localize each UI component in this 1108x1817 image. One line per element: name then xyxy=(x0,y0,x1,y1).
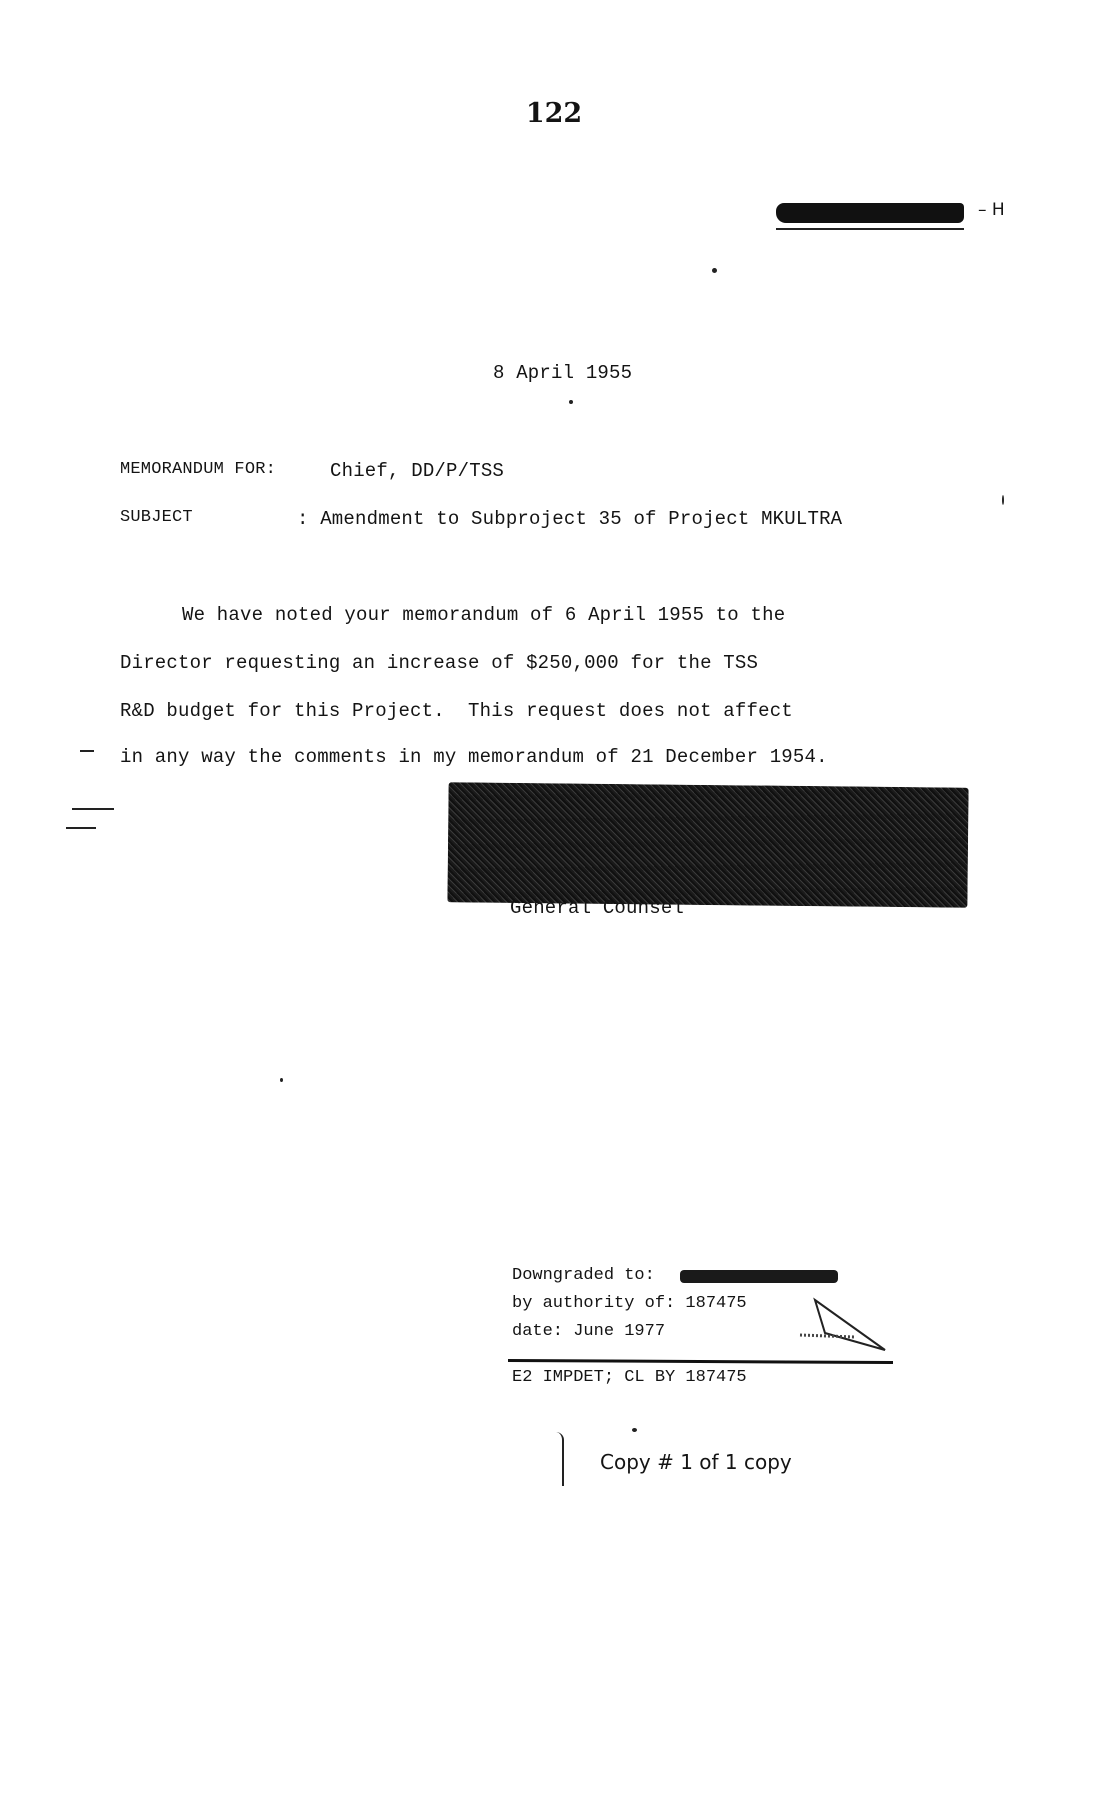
initials-mark-icon xyxy=(795,1295,895,1355)
margin-mark xyxy=(66,827,96,829)
scan-speck xyxy=(1002,495,1004,505)
redaction-classification xyxy=(776,203,964,223)
copy-bracket xyxy=(556,1432,564,1486)
classification-suffix: – H xyxy=(978,200,1005,220)
margin-mark xyxy=(72,808,114,810)
stamp-footer: E2 IMPDET; CL BY 187475 xyxy=(512,1368,747,1387)
memo-date: 8 April 1955 xyxy=(493,362,632,384)
subject-label: SUBJECT xyxy=(120,508,193,527)
body-line: We have noted your memorandum of 6 April… xyxy=(182,604,785,626)
subject-value: : Amendment to Subproject 35 of Project … xyxy=(297,508,842,530)
page-number: 122 xyxy=(0,98,1108,129)
stamp-downgraded: Downgraded to: xyxy=(512,1266,655,1285)
body-line: in any way the comments in my memorandum… xyxy=(120,746,828,768)
body-line: R&D budget for this Project. This reques… xyxy=(120,700,793,722)
scan-speck xyxy=(280,1078,283,1082)
copy-notice: Copy # 1 of 1 copy xyxy=(600,1450,792,1474)
stamp-date: date: June 1977 xyxy=(512,1322,665,1341)
scan-speck xyxy=(712,268,717,273)
redaction-signature xyxy=(447,782,968,907)
margin-mark xyxy=(80,750,94,752)
signature-title: General Counsel xyxy=(510,897,684,919)
memo-for-label: MEMORANDUM FOR: xyxy=(120,460,276,479)
redaction-stamp-level xyxy=(680,1270,838,1283)
stamp-divider xyxy=(508,1359,893,1364)
memo-for-value: Chief, DD/P/TSS xyxy=(330,460,504,482)
redaction-underline xyxy=(776,228,964,230)
scan-speck xyxy=(569,400,573,404)
scan-speck xyxy=(632,1428,637,1432)
stamp-authority: by authority of: 187475 xyxy=(512,1294,747,1313)
body-line: Director requesting an increase of $250,… xyxy=(120,652,758,674)
